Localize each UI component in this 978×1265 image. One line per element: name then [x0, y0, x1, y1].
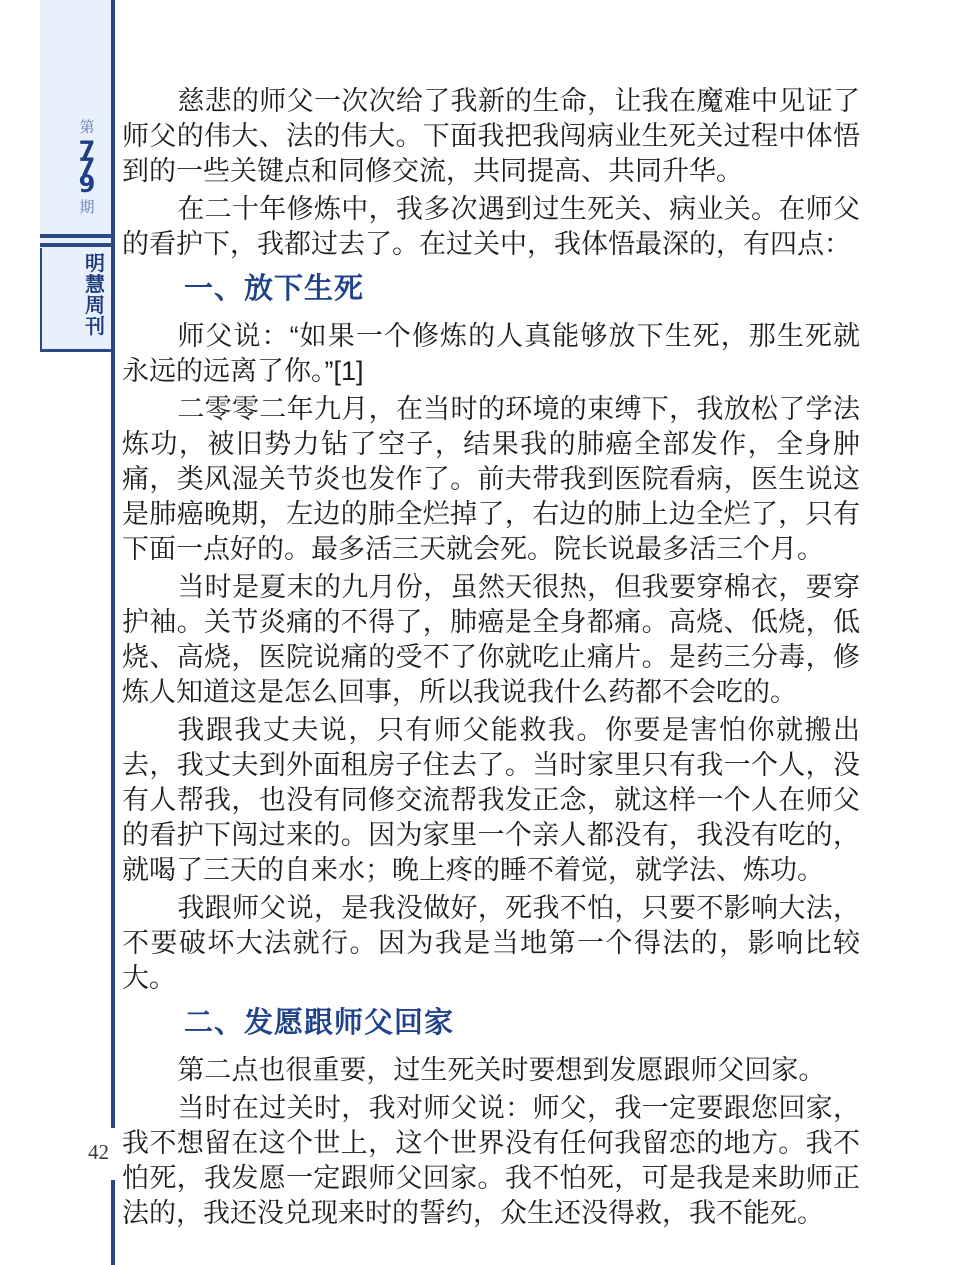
masthead-char: 明 [74, 254, 116, 275]
body-paragraph: 第二点也很重要，过生死关时要想到发愿跟师父回家。 [122, 1053, 860, 1088]
page-number: 42 [88, 1140, 109, 1165]
issue-label: 第 7 7 9 期 [64, 118, 110, 218]
masthead-char: 慧 [74, 275, 116, 296]
intro-paragraph: 在二十年修炼中，我多次遇到过生死关、病业关。在师父的看护下，我都过去了。在过关中… [122, 192, 860, 262]
divider-double-line-top [40, 234, 115, 238]
body-paragraph: 师父说：“如果一个修炼的人真能够放下生死，那生死就永远的远离了你。”[1] [122, 319, 860, 389]
section-heading-2: 二、发愿跟师父回家 [184, 1007, 860, 1039]
issue-prefix-label: 第 [64, 118, 110, 138]
issue-number: 7 7 9 [64, 138, 110, 198]
magazine-page: { "colors": { "accent_dark_blue": "#2b4a… [0, 0, 978, 1265]
vertical-rule-upper [111, 0, 115, 1128]
body-paragraph: 二零零二年九月，在当时的环境的束缚下，我放松了学法炼功，被旧势力钻了空子，结果我… [122, 392, 860, 567]
body-paragraph: 当时在过关时，我对师父说：师父，我一定要跟您回家，我不想留在这个世上，这个世界没… [122, 1091, 860, 1231]
issue-digit: 9 [64, 176, 110, 193]
intro-paragraph: 慈悲的师父一次次给了我新的生命，让我在魔难中见证了师父的伟大、法的伟大。下面我把… [122, 84, 860, 189]
masthead-char: 周 [74, 296, 116, 317]
divider-double-line-bottom [40, 243, 115, 247]
vertical-rule-lower [111, 1180, 115, 1265]
article-body: 慈悲的师父一次次给了我新的生命，让我在魔难中见证了师父的伟大、法的伟大。下面我把… [122, 84, 860, 1234]
section-heading-1: 一、放下生死 [184, 273, 860, 305]
body-paragraph: 我跟我丈夫说，只有师父能救我。你要是害怕你就搬出去，我丈夫到外面租房子住去了。当… [122, 713, 860, 888]
issue-suffix-label: 期 [64, 198, 110, 218]
body-paragraph: 当时是夏末的九月份，虽然天很热，但我要穿棉衣，要穿护袖。关节炎痛的不得了，肺癌是… [122, 570, 860, 710]
masthead-char: 刊 [74, 317, 116, 338]
body-paragraph: 我跟师父说，是我没做好，死我不怕，只要不影响大法，不要破坏大法就行。因为我是当地… [122, 891, 860, 996]
masthead-title: 明 慧 周 刊 [74, 254, 116, 338]
